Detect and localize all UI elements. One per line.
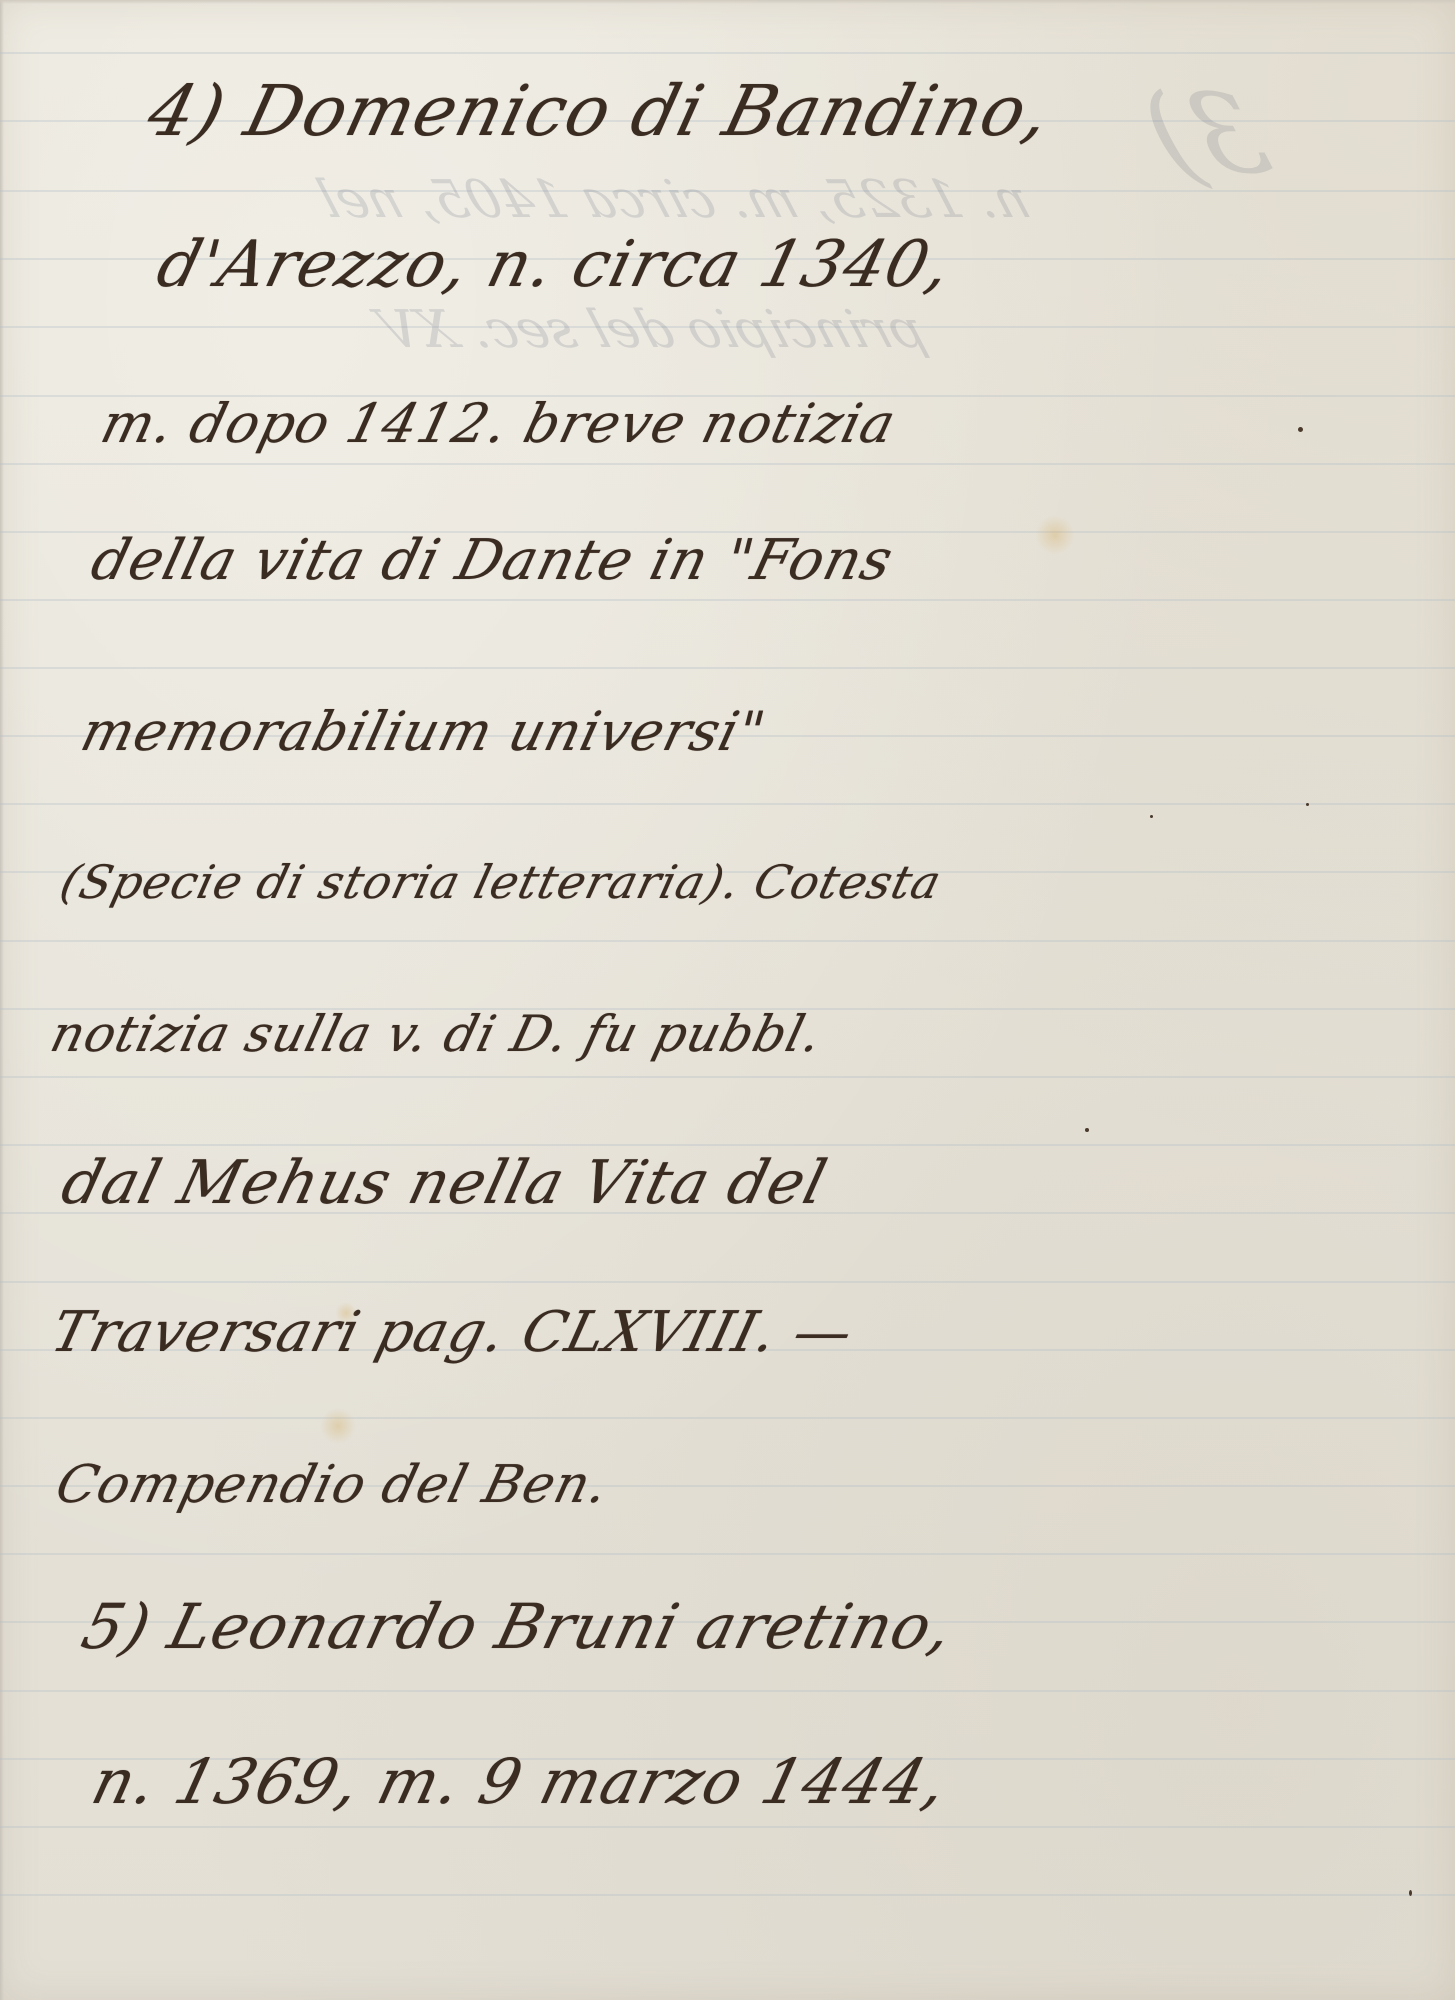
ink-speck xyxy=(1085,1128,1089,1132)
ruled-line xyxy=(0,599,1455,601)
ruled-line xyxy=(0,326,1455,328)
manuscript-line-12: n. 1369, m. 9 marzo 1444, xyxy=(85,1745,955,1818)
manuscript-line-3: m. dopo 1412. breve notizia xyxy=(95,392,902,455)
ink-speck xyxy=(1409,1890,1412,1896)
ruled-line xyxy=(0,667,1455,669)
manuscript-line-10: Compendio del Ben. xyxy=(50,1455,615,1515)
manuscript-line-5: memorabilium universi" xyxy=(75,700,772,763)
bleed-through-text: 3) xyxy=(1129,70,1283,198)
manuscript-line-8: dal Mehus nella Vita del xyxy=(55,1148,834,1218)
ruled-line xyxy=(0,940,1455,942)
foxing-stain xyxy=(320,1408,356,1444)
manuscript-line-1: 4) Domenico di Bandino, xyxy=(140,70,1059,152)
ruled-line xyxy=(0,803,1455,805)
foxing-stain xyxy=(335,1302,357,1324)
ruled-line xyxy=(0,1553,1455,1555)
page-edge-top xyxy=(0,0,1455,4)
ruled-line xyxy=(0,1144,1455,1146)
ruled-line xyxy=(0,52,1455,54)
ruled-line xyxy=(0,1894,1455,1896)
page-edge-left xyxy=(0,0,4,2000)
manuscript-line-9: Traversari pag. CLXVIII. — xyxy=(45,1300,860,1365)
ruled-line xyxy=(0,463,1455,465)
ink-speck xyxy=(1150,815,1153,818)
ruled-line xyxy=(0,1281,1455,1283)
ruled-line xyxy=(0,1690,1455,1692)
ink-speck xyxy=(1298,427,1303,432)
manuscript-line-2: d'Arezzo, n. circa 1340, xyxy=(150,228,959,302)
manuscript-line-6: (Specie di storia letteraria). Cotesta xyxy=(55,855,947,909)
ink-speck xyxy=(1306,803,1309,806)
ruled-line xyxy=(0,190,1455,192)
foxing-stain xyxy=(1035,515,1075,555)
ruled-line xyxy=(0,1076,1455,1078)
manuscript-line-11: 5) Leonardo Bruni aretino, xyxy=(75,1590,961,1663)
ruled-line xyxy=(0,1826,1455,1828)
ruled-line xyxy=(0,1417,1455,1419)
bleed-through-text: n. 1325, m. circa 1405, nel xyxy=(310,170,1037,230)
bleed-through-text: principio del sec. XV xyxy=(370,300,933,360)
manuscript-page: 3) n. 1325, m. circa 1405, nel principio… xyxy=(0,0,1455,2000)
manuscript-line-4: della vita di Dante in "Fons xyxy=(85,528,900,593)
manuscript-line-7: notizia sulla v. di D. fu pubbl. xyxy=(45,1005,828,1063)
